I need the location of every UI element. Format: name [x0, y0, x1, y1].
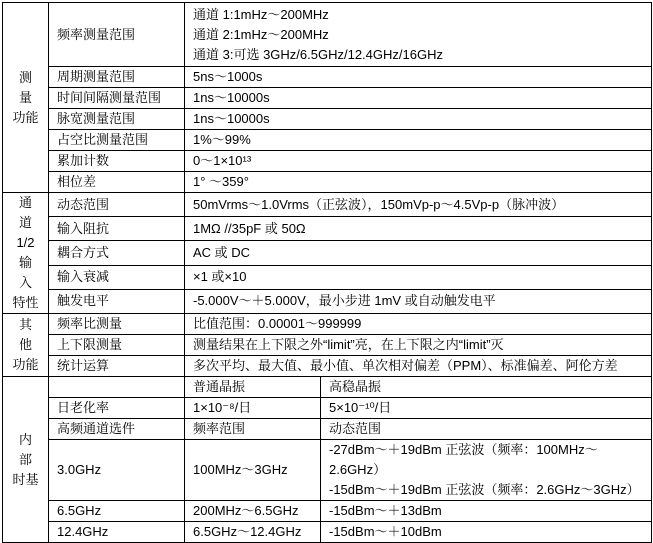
param-cell: 相位差 — [49, 172, 185, 193]
table-row: 测 量 功能 频率测量范围 通道 1:1mHz～200MHz 通道 2:1mHz… — [3, 3, 652, 67]
param-cell: 耦合方式 — [49, 241, 185, 265]
table-row: 触发电平 -5.000V～＋5.000V，最小步进 1mV 或自动触发电平 — [3, 289, 652, 313]
value-cell: 1ns～10000s — [185, 109, 652, 130]
table-row: 其 他 功能 频率比测量 比值范围：0.00001～999999 — [3, 314, 652, 335]
table-row: 累加计数 0～1×10¹³ — [3, 151, 652, 172]
value-cell: 200MHz～6.5GHz — [185, 501, 321, 522]
param-cell: 高频通道选件 — [49, 419, 185, 440]
value-cell: -15dBm～＋13dBm — [321, 501, 652, 522]
param-cell: 时间间隔测量范围 — [49, 88, 185, 109]
value-cell: AC 或 DC — [185, 241, 652, 265]
param-cell-empty — [49, 377, 185, 398]
value-cell: 50mVrms～1.0Vrms（正弦波），150mVp-p～4.5Vp-p（脉冲… — [185, 193, 652, 217]
param-cell: 脉宽测量范围 — [49, 109, 185, 130]
table-row: 日老化率 1×10⁻⁸/日 5×10⁻¹⁰/日 — [3, 398, 652, 419]
param-cell: 累加计数 — [49, 151, 185, 172]
spec-table: 测 量 功能 频率测量范围 通道 1:1mHz～200MHz 通道 2:1mHz… — [2, 2, 652, 543]
param-cell: 周期测量范围 — [49, 67, 185, 88]
param-cell: 6.5GHz — [49, 501, 185, 522]
table-row: 占空比测量范围 1%～99% — [3, 130, 652, 151]
table-row: 时间间隔测量范围 1ns～10000s — [3, 88, 652, 109]
value-cell: 通道 1:1mHz～200MHz 通道 2:1mHz～200MHz 通道 3:可… — [185, 3, 652, 67]
value-cell: ×1 或×10 — [185, 265, 652, 289]
value-cell: 6.5GHz～12.4GHz — [185, 522, 321, 543]
section-label-measurement: 测 量 功能 — [3, 3, 49, 193]
table-row: 通 道 1/2 输 入 特性 动态范围 50mVrms～1.0Vrms（正弦波）… — [3, 193, 652, 217]
param-cell: 触发电平 — [49, 289, 185, 313]
table-row: 3.0GHz 100MHz～3GHz -27dBm～＋19dBm 正弦波（频率：… — [3, 440, 652, 501]
table-row: 上下限测量 测量结果在上下限之外“limit”亮，在上下限之内“limit”灭 — [3, 335, 652, 356]
value-cell: 多次平均、最大值、最小值、单次相对偏差（PPM）、标准偏差、阿伦方差 — [185, 356, 652, 377]
value-cell: -27dBm～＋19dBm 正弦波（频率：100MHz～2.6GHz） -15d… — [321, 440, 652, 501]
value-cell: 1%～99% — [185, 130, 652, 151]
value-cell: 动态范围 — [321, 419, 652, 440]
value-cell: 1° ～359° — [185, 172, 652, 193]
value-cell: 1×10⁻⁸/日 — [185, 398, 321, 419]
value-cell: 测量结果在上下限之外“limit”亮，在上下限之内“limit”灭 — [185, 335, 652, 356]
value-cell: -15dBm～＋10dBm — [321, 522, 652, 543]
section-label-other-functions: 其 他 功能 — [3, 314, 49, 377]
param-cell: 动态范围 — [49, 193, 185, 217]
value-cell: 频率范围 — [185, 419, 321, 440]
section-label-input-channels: 通 道 1/2 输 入 特性 — [3, 193, 49, 314]
table-row: 输入衰减 ×1 或×10 — [3, 265, 652, 289]
value-cell-standard-oscillator: 普通晶振 — [185, 377, 321, 398]
param-cell: 频率比测量 — [49, 314, 185, 335]
table-row: 12.4GHz 6.5GHz～12.4GHz -15dBm～＋10dBm — [3, 522, 652, 543]
param-cell: 输入衰减 — [49, 265, 185, 289]
table-row: 脉宽测量范围 1ns～10000s — [3, 109, 652, 130]
value-cell: -5.000V～＋5.000V，最小步进 1mV 或自动触发电平 — [185, 289, 652, 313]
table-row: 内 部 时基 普通晶振 高稳晶振 — [3, 377, 652, 398]
param-cell: 输入阻抗 — [49, 217, 185, 241]
value-cell: 1ns～10000s — [185, 88, 652, 109]
value-cell: 100MHz～3GHz — [185, 440, 321, 501]
value-cell: 5ns～1000s — [185, 67, 652, 88]
value-cell: 1MΩ //35pF 或 50Ω — [185, 217, 652, 241]
table-row: 高频通道选件 频率范围 动态范围 — [3, 419, 652, 440]
table-row: 统计运算 多次平均、最大值、最小值、单次相对偏差（PPM）、标准偏差、阿伦方差 — [3, 356, 652, 377]
value-cell: 比值范围：0.00001～999999 — [185, 314, 652, 335]
param-cell: 日老化率 — [49, 398, 185, 419]
param-cell: 12.4GHz — [49, 522, 185, 543]
table-row: 耦合方式 AC 或 DC — [3, 241, 652, 265]
param-cell: 3.0GHz — [49, 440, 185, 501]
param-cell: 频率测量范围 — [49, 3, 185, 67]
table-row: 周期测量范围 5ns～1000s — [3, 67, 652, 88]
value-cell: 5×10⁻¹⁰/日 — [321, 398, 652, 419]
table-row: 相位差 1° ～359° — [3, 172, 652, 193]
value-cell: 0～1×10¹³ — [185, 151, 652, 172]
param-cell: 占空比测量范围 — [49, 130, 185, 151]
spec-sheet: 测 量 功能 频率测量范围 通道 1:1mHz～200MHz 通道 2:1mHz… — [0, 0, 653, 518]
table-row: 输入阻抗 1MΩ //35pF 或 50Ω — [3, 217, 652, 241]
param-cell: 上下限测量 — [49, 335, 185, 356]
table-row: 6.5GHz 200MHz～6.5GHz -15dBm～＋13dBm — [3, 501, 652, 522]
param-cell: 统计运算 — [49, 356, 185, 377]
value-cell-high-stability-oscillator: 高稳晶振 — [321, 377, 652, 398]
